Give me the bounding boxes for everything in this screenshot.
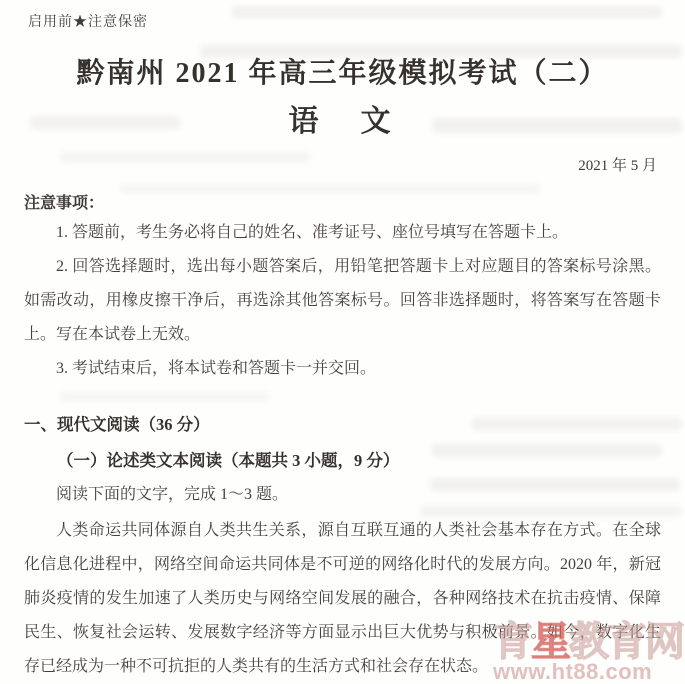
section-heading: 一、现代文阅读（36 分） <box>24 412 661 438</box>
reading-passage: 人类命运共同体源自人类共生关系，源自互联互通的人类社会基本存在方式。在全球化信息… <box>24 514 661 684</box>
exam-title: 黔南州 2021 年高三年级模拟考试（二） <box>24 56 661 92</box>
notice-item-2: 2. 回答选择题时，选出每小题答案后，用铅笔把答题卡上对应题目的答案标号涂黑。如… <box>24 250 661 352</box>
notices-heading: 注意事项： <box>24 192 661 216</box>
exam-date: 2021 年 5 月 <box>24 156 661 176</box>
exam-paper-page: 启用前★注意保密 黔南州 2021 年高三年级模拟考试（二） 语 文 2021 … <box>0 0 685 684</box>
subsection-heading: （一）论述类文本阅读（本题共 3 小题，9 分） <box>24 448 661 474</box>
notices-block: 注意事项： 1. 答题前，考生务必将自己的姓名、准考证号、座位号填写在答题卡上。… <box>24 192 661 386</box>
reading-instruction: 阅读下面的文字，完成 1～3 题。 <box>24 482 661 508</box>
exam-subject: 语 文 <box>24 102 661 142</box>
section-part1: 一、现代文阅读（36 分） （一）论述类文本阅读（本题共 3 小题，9 分） 阅… <box>24 412 661 684</box>
notice-item-1: 1. 答题前，考生务必将自己的姓名、准考证号、座位号填写在答题卡上。 <box>24 216 661 250</box>
security-notice: 启用前★注意保密 <box>28 14 661 32</box>
document-content: 启用前★注意保密 黔南州 2021 年高三年级模拟考试（二） 语 文 2021 … <box>0 14 685 684</box>
notice-item-3: 3. 考试结束后，将本试卷和答题卡一并交回。 <box>24 352 661 386</box>
